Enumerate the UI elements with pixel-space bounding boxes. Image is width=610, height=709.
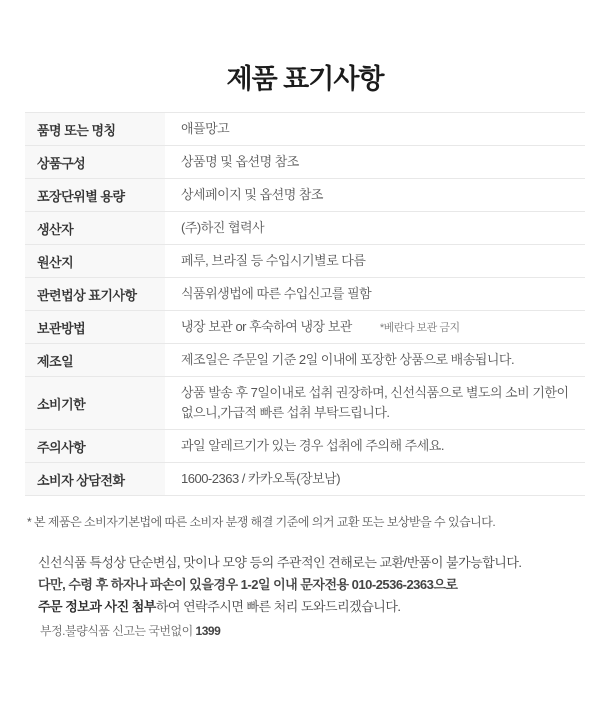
row-label: 소비자 상담전화: [25, 463, 165, 495]
row-label: 포장단위별 용량: [25, 179, 165, 211]
row-label: 주의사항: [25, 430, 165, 462]
table-row: 상품구성 상품명 및 옵션명 참조: [25, 146, 585, 179]
order-info-rest: 하여 연락주시면 빠른 처리 도와드리겠습니다.: [156, 599, 401, 614]
page-title: 제품 표기사항: [0, 57, 610, 96]
row-value: 식품위생법에 따른 수입신고를 필함: [181, 284, 371, 304]
row-value: 상세페이지 및 옵션명 참조: [181, 185, 323, 205]
row-value: 1600-2363 / 카카오톡(장보남): [181, 469, 340, 489]
table-row: 품명 또는 명칭 애플망고: [25, 113, 585, 146]
row-value: 냉장 보관 or 후숙하여 냉장 보관: [181, 317, 352, 337]
product-info-page: 제품 표기사항 품명 또는 명칭 애플망고 상품구성 상품명 및 옵션명 참조 …: [0, 0, 610, 709]
row-label: 생산자: [25, 212, 165, 244]
consumer-dispute-note: * 본 제품은 소비자기본법에 따른 소비자 분쟁 해결 기준에 의거 교환 또…: [27, 514, 585, 531]
table-row: 포장단위별 용량 상세페이지 및 옵션명 참조: [25, 179, 585, 212]
footer-notes: * 본 제품은 소비자기본법에 따른 소비자 분쟁 해결 기준에 의거 교환 또…: [27, 514, 585, 640]
storage-warning-note: *베란다 보관 금지: [380, 319, 460, 335]
table-row: 원산지 페루, 브라질 등 수입시기별로 다름: [25, 245, 585, 278]
row-value: 페루, 브라질 등 수입시기별로 다름: [181, 251, 365, 271]
no-refund-note: 신선식품 특성상 단순변심, 맛이나 모양 등의 주관적인 견해로는 교환/반품…: [38, 552, 585, 574]
row-value: 애플망고: [181, 119, 229, 139]
table-row: 관련법상 표기사항 식품위생법에 따른 수입신고를 필함: [25, 278, 585, 311]
food-report-note: 부정.불량식품 신고는 국번없이 1399: [40, 623, 585, 640]
row-label: 원산지: [25, 245, 165, 277]
row-value: 상품명 및 옵션명 참조: [181, 152, 299, 172]
table-row: 주의사항 과일 알레르기가 있는 경우 섭취에 주의해 주세요.: [25, 430, 585, 463]
table-row: 보관방법 냉장 보관 or 후숙하여 냉장 보관 *베란다 보관 금지: [25, 311, 585, 344]
row-label: 보관방법: [25, 311, 165, 343]
food-report-number: 1399: [196, 624, 221, 638]
row-label: 품명 또는 명칭: [25, 113, 165, 145]
order-info-bold: 주문 정보과 사진 첨부: [38, 599, 156, 614]
row-value: 과일 알레르기가 있는 경우 섭취에 주의해 주세요.: [181, 436, 444, 456]
row-label: 상품구성: [25, 146, 165, 178]
order-info-note: 주문 정보과 사진 첨부하여 연락주시면 빠른 처리 도와드리겠습니다.: [38, 596, 585, 618]
row-label: 소비기한: [25, 377, 165, 429]
food-report-text: 부정.불량식품 신고는 국번없이: [40, 624, 196, 638]
table-row: 제조일 제조일은 주문일 기준 2일 이내에 포장한 상품으로 배송됩니다.: [25, 344, 585, 377]
damage-contact-note: 다만, 수령 후 하자나 파손이 있을경우 1-2일 이내 문자전용 010-2…: [38, 574, 585, 596]
table-row: 소비자 상담전화 1600-2363 / 카카오톡(장보남): [25, 463, 585, 496]
exchange-policy-paragraph: 신선식품 특성상 단순변심, 맛이나 모양 등의 주관적인 견해로는 교환/반품…: [38, 552, 585, 618]
row-value: 상품 발송 후 7일이내로 섭취 권장하며, 신선식품으로 별도의 소비 기한이…: [181, 383, 579, 423]
table-row: 생산자 (주)하진 협력사: [25, 212, 585, 245]
row-value: 제조일은 주문일 기준 2일 이내에 포장한 상품으로 배송됩니다.: [181, 350, 514, 370]
row-value: (주)하진 협력사: [181, 218, 264, 238]
row-label: 제조일: [25, 344, 165, 376]
product-info-table: 품명 또는 명칭 애플망고 상품구성 상품명 및 옵션명 참조 포장단위별 용량…: [25, 112, 585, 496]
row-label: 관련법상 표기사항: [25, 278, 165, 310]
table-row: 소비기한 상품 발송 후 7일이내로 섭취 권장하며, 신선식품으로 별도의 소…: [25, 377, 585, 430]
